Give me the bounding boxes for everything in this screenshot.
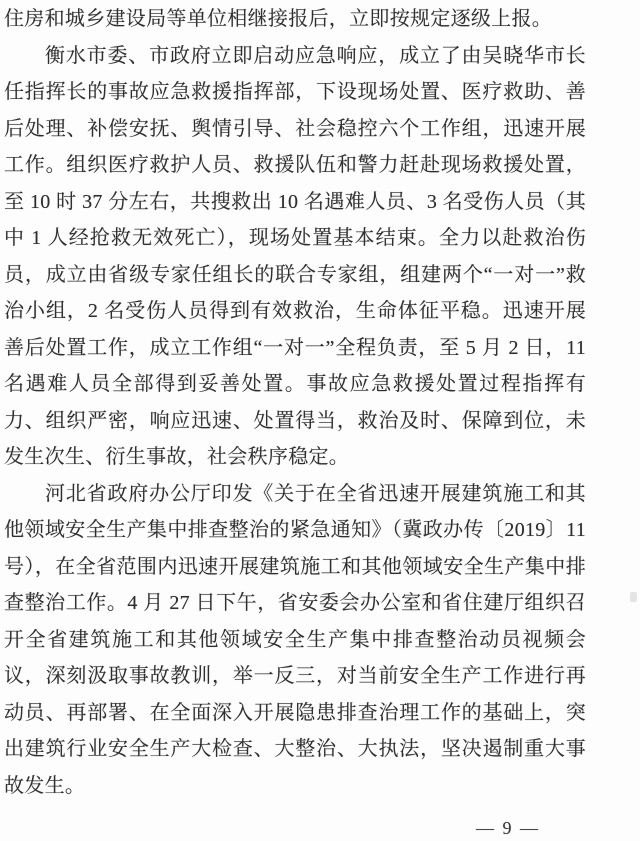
page-number: — 9 —: [476, 818, 540, 839]
paragraph-provincial-notice: 河北省政府办公厅印发《关于在全省迅速开展建筑施工和其他领域安全生产集中排查整治的…: [4, 476, 586, 805]
scan-artifact: [630, 592, 637, 602]
document-page: 住房和城乡建设局等单位相继接报后，立即按规定逐级上报。 衡水市委、市政府立即启动…: [0, 0, 640, 841]
paragraph-continuation: 住房和城乡建设局等单位相继接报后，立即按规定逐级上报。: [4, 1, 586, 38]
document-body: 住房和城乡建设局等单位相继接报后，立即按规定逐级上报。 衡水市委、市政府立即启动…: [4, 1, 586, 804]
paragraph-emergency-response: 衡水市委、市政府立即启动应急响应，成立了由吴晓华市长任指挥长的事故应急救援指挥部…: [4, 38, 586, 476]
